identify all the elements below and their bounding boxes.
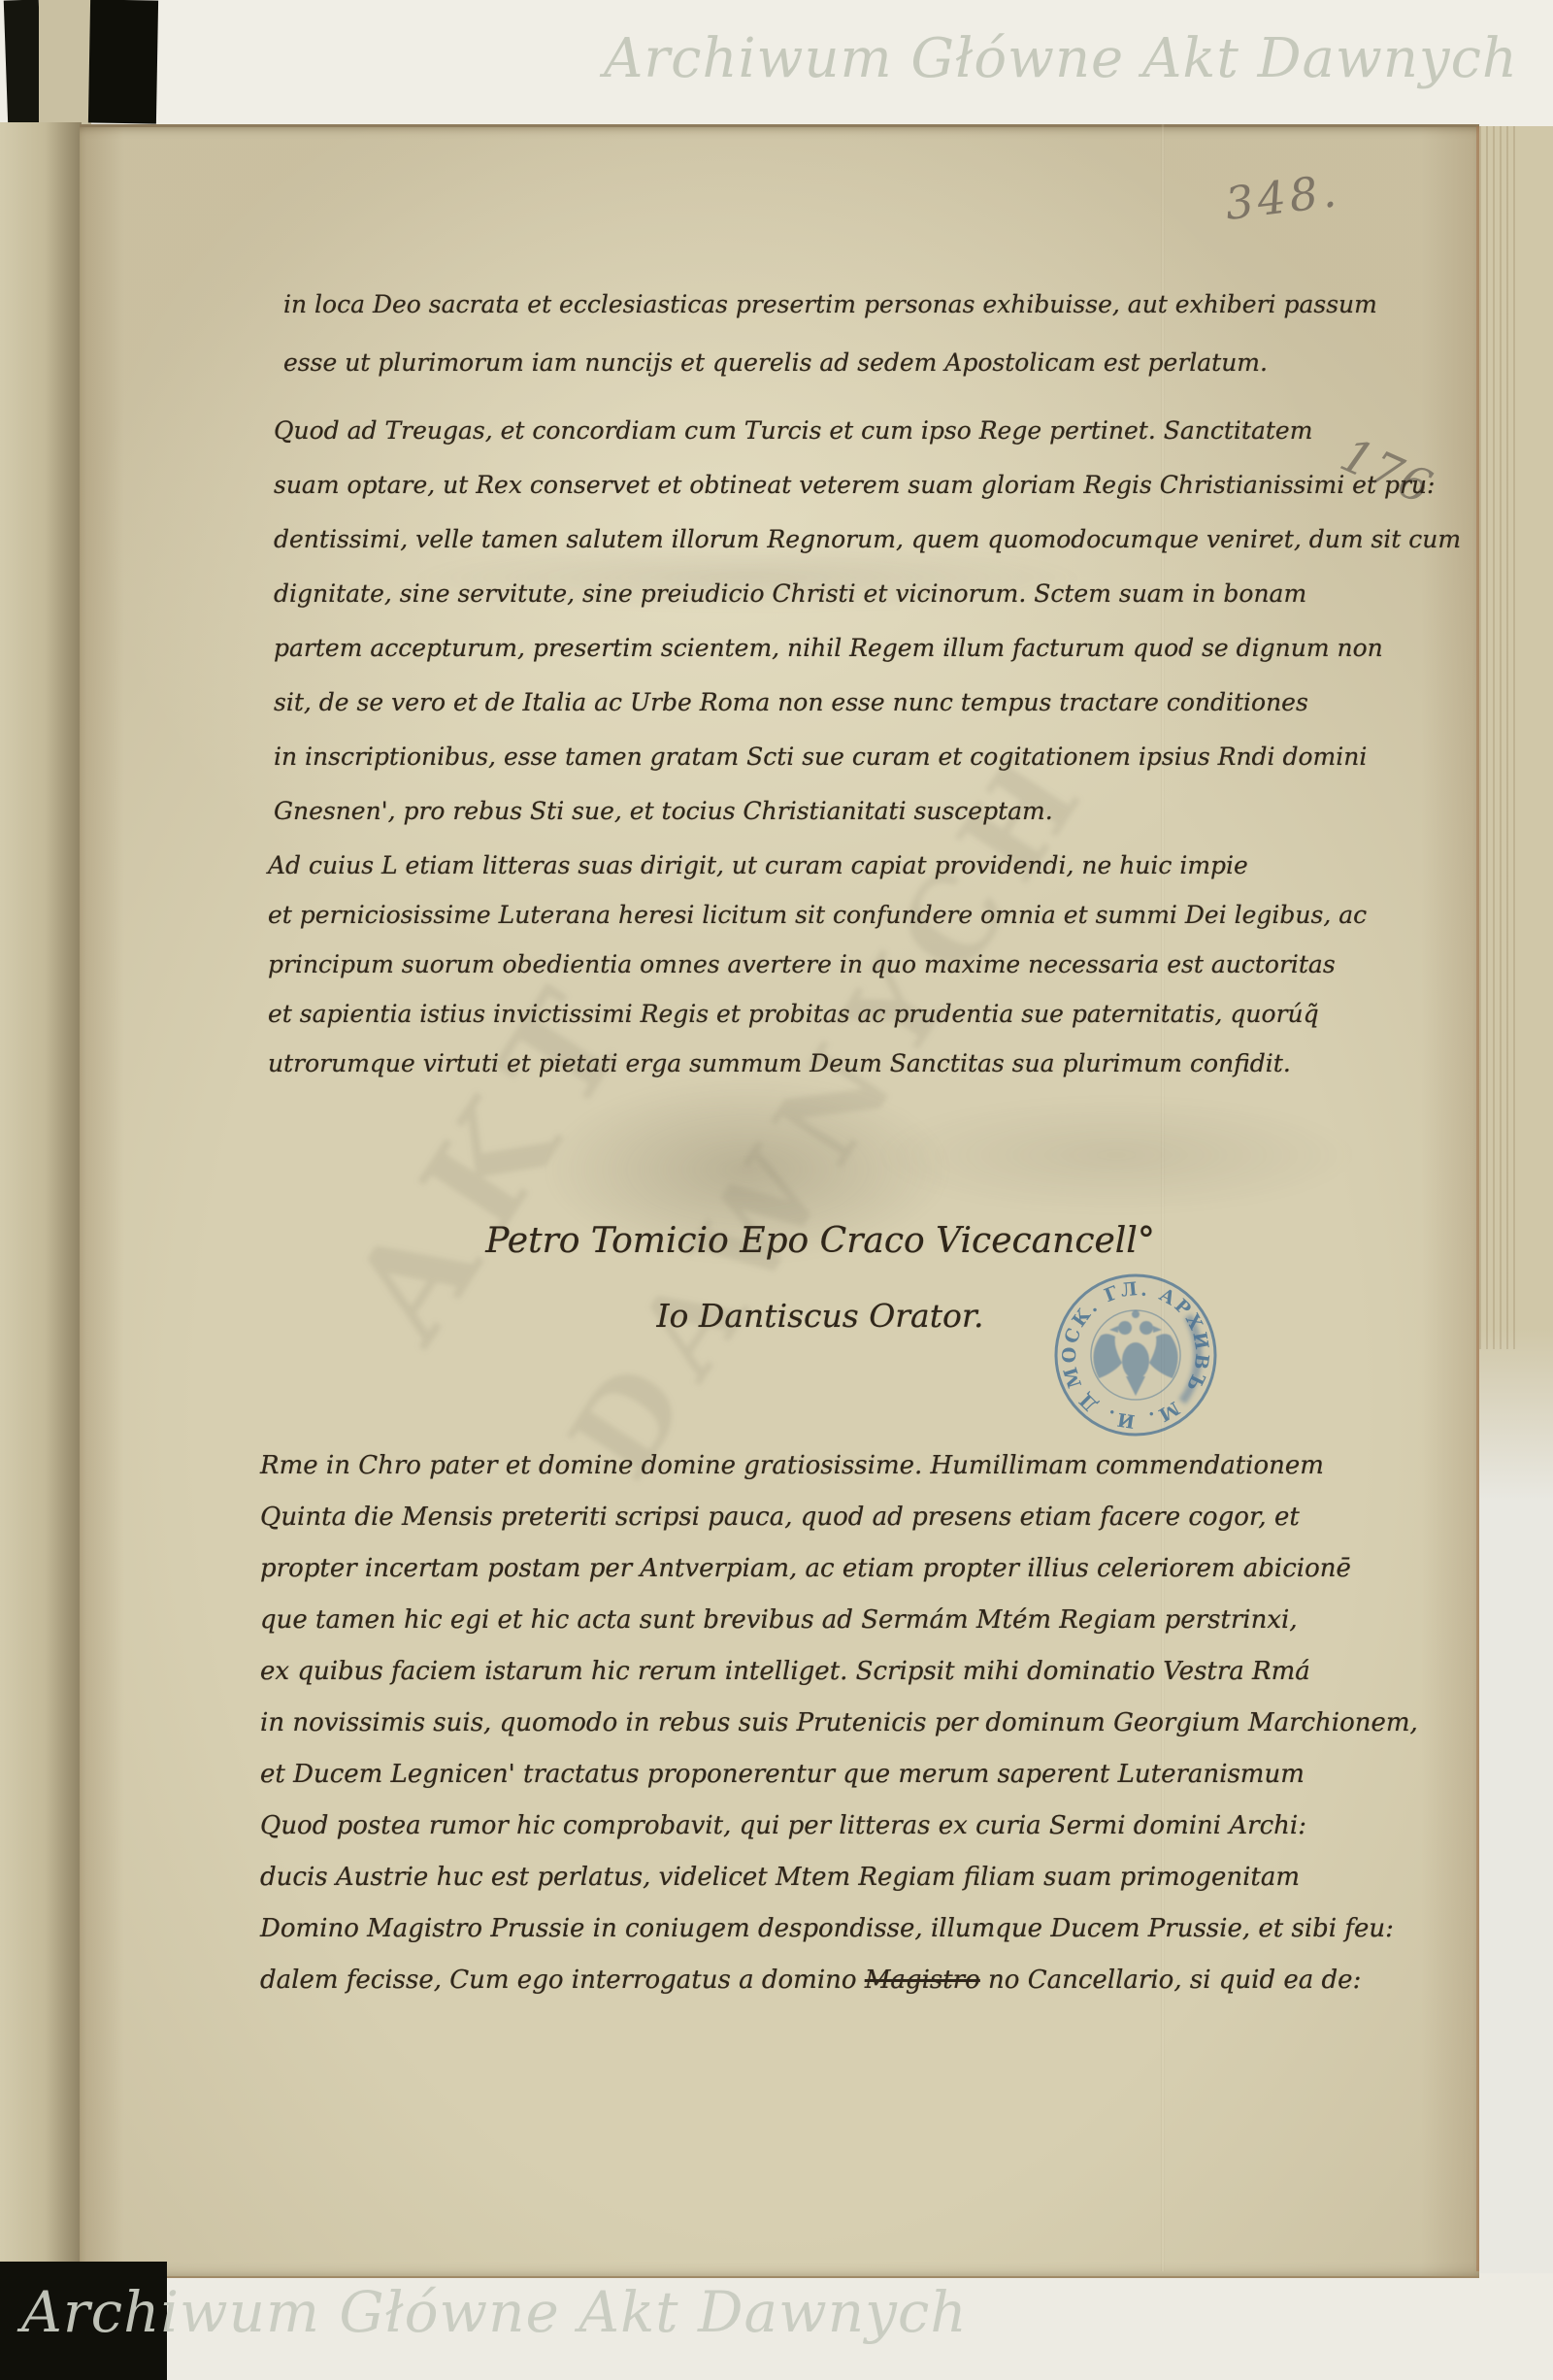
paragraph-4: Rme in Chro pater et domine domine grati…: [260, 1440, 1418, 1955]
binding-page-edge: [39, 0, 91, 124]
line-text: no Cancellario, si quid ea de:: [980, 1966, 1362, 1995]
manuscript-line: propter incertam postam per Antverpiam, …: [260, 1543, 1418, 1595]
archive-stamp: МОСК. ГЛ. АРХИВЪ М. И. Д.: [1041, 1260, 1231, 1450]
manuscript-line: suam optare, ut Rex conservet et obtinea…: [274, 458, 1461, 512]
letter-heading-addressee: Petro Tomicio Epo Craco Vicecancell°: [485, 1221, 1155, 1261]
manuscript-line: partem accepturum, presertim scientem, n…: [274, 621, 1461, 676]
manuscript-line: ducis Austrie huc est perlatus, videlice…: [260, 1852, 1418, 1903]
manuscript-line: principum suorum obedientia omnes averte…: [268, 940, 1367, 989]
manuscript-line: dentissimi, velle tamen salutem illorum …: [274, 512, 1461, 567]
manuscript-line: Ad cuius L etiam litteras suas dirigit, …: [268, 841, 1367, 890]
paragraph-4-last-line: dalem fecisse, Cum ego interrogatus a do…: [260, 1955, 1361, 2006]
struck-word: Magistro: [865, 1966, 980, 1995]
manuscript-scan: AKT DAWNYCH Archiwum Główne Akt Dawnych …: [0, 0, 1553, 2380]
manuscript-line: dignitate, sine servitute, sine preiudic…: [274, 567, 1461, 621]
paragraph-3: Ad cuius L etiam litteras suas dirigit, …: [268, 841, 1367, 1088]
manuscript-line: Domino Magistro Prussie in coniugem desp…: [260, 1903, 1418, 1955]
archive-watermark-bottom: Archiwum Główne Akt Dawnych: [21, 2279, 968, 2345]
binding-tape-left: [4, 0, 44, 127]
manuscript-line: et sapientia istius invictissimi Regis e…: [268, 989, 1367, 1039]
manuscript-line: Quinta die Mensis preteriti scripsi pauc…: [260, 1492, 1418, 1543]
paragraph-2: Quod ad Treugas, et concordiam cum Turci…: [274, 404, 1461, 839]
manuscript-line: ex quibus faciem istarum hic rerum intel…: [260, 1646, 1418, 1698]
manuscript-line: in inscriptionibus, esse tamen gratam Sc…: [274, 730, 1461, 784]
page-right-edge: [1476, 126, 1479, 2271]
manuscript-line: in loca Deo sacrata et ecclesiasticas pr…: [283, 276, 1377, 334]
manuscript-line: in novissimis suis, quomodo in rebus sui…: [260, 1698, 1418, 1749]
paragraph-1: in loca Deo sacrata et ecclesiasticas pr…: [283, 276, 1377, 392]
manuscript-line: et perniciosissime Luterana heresi licit…: [268, 890, 1367, 940]
archive-watermark-top: Archiwum Główne Akt Dawnych: [604, 27, 1518, 90]
manuscript-line: que tamen hic egi et hic acta sunt brevi…: [260, 1595, 1418, 1646]
manuscript-line: sit, de se vero et de Italia ac Urbe Rom…: [274, 676, 1461, 730]
manuscript-line: utrorumque virtuti et pietati erga summu…: [268, 1039, 1367, 1088]
manuscript-line: Quod ad Treugas, et concordiam cum Turci…: [274, 404, 1461, 458]
binding-tape-right: [88, 0, 158, 124]
manuscript-line: dalem fecisse, Cum ego interrogatus a do…: [260, 1955, 1361, 2006]
book-gutter: [0, 122, 82, 2275]
manuscript-line: Quod postea rumor hic comprobavit, qui p…: [260, 1801, 1418, 1852]
manuscript-line: Rme in Chro pater et domine domine grati…: [260, 1440, 1418, 1492]
line-text: dalem fecisse, Cum ego interrogatus a do…: [260, 1966, 865, 1995]
fore-edge-page-lines: [1479, 126, 1518, 1349]
manuscript-line: et Ducem Legnicen' tractatus proponerent…: [260, 1749, 1418, 1801]
manuscript-line: esse ut plurimorum iam nuncijs et querel…: [283, 334, 1377, 392]
manuscript-line: Gnesnen', pro rebus Sti sue, et tocius C…: [274, 784, 1461, 839]
